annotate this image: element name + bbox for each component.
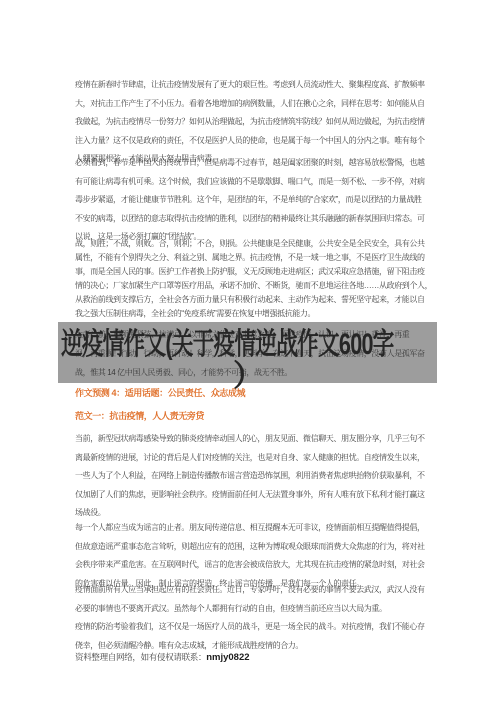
text-line: 必要的事情也不要离开武汉。虽然每个人都拥有行动的自由，但疫情当前还应当以大局为重… bbox=[75, 600, 431, 619]
paragraph-2: 必须看到，春节是中国人的传统节日，但是病毒不过春节，越是阖家团聚的时刻，越容易放… bbox=[75, 154, 431, 247]
text-line: 不安的病毒，以团结的意志取得抗击疫情的胜利，以团结的精神最终让其乐融融的新春氛围… bbox=[75, 210, 431, 229]
paragraph-8: 疫情的防治考验着我们，这不仅是一场医疗人员的战斗，更是一场全民的战斗。对抗疫情，… bbox=[75, 618, 431, 655]
paragraph-7: 疫情面前所有人应当承担起应有的社会责任。近日，专家呼吁，没有必要的事情不要去武汉… bbox=[75, 581, 431, 618]
text-line: 离最新疫情的进展，讨论的背后是人们对疫情的关注，也是对自身、家人健康的担忧。自疫… bbox=[75, 449, 431, 468]
text-line: 我做起，为抗击疫情尽一份努力？如何从治理做起，为抗击疫情筑牢防线？如何从周边做起… bbox=[75, 113, 431, 132]
text-line: 但故意造谣严重事态危言耸听，则超出应有的范围，这种为博取观众眼球而消费大众焦虑的… bbox=[75, 538, 431, 557]
source-attribution: 资料整理自网络，如有侵权请联系：nmjy0822 bbox=[75, 651, 435, 663]
text-line: 注入力量？这不仅是政府的责任，不仅是医护人员的使命，也是属于每一个中国人的分内之… bbox=[75, 132, 431, 151]
prediction-label: 作文预测 4：适用话题：公民责任、众志成城 bbox=[75, 386, 435, 399]
text-line: 大，对抗击工作产生了不小压力。看着各地增加的病例数量，人们在揪心之余，同样在思考… bbox=[75, 95, 431, 114]
text-line: 战，则胜；不战，则败。合，则利；不合，则损。公共健康是全民健康，公共安全是全民安… bbox=[75, 237, 431, 251]
text-line: 事，而是全国人民的事。医护工作者换上防护服，义无反顾地走进病区；武汉采取应急措施… bbox=[75, 265, 431, 279]
text-line: 必须看到，春节是中国人的传统节日，但是病毒不过春节，越是阖家团聚的时刻，越容易放… bbox=[75, 154, 431, 173]
text-line: 从救治前线到支撑后方，全社会各方面力量只有积极行动起来、主动作为起来、誓死坚守起… bbox=[75, 293, 431, 307]
text-line: 仅加剧了人们的焦虑，更影响社会秩序。疫情面前任何人无法置身事外，所有人唯有放下私… bbox=[75, 486, 431, 505]
contact-id: nmjy0822 bbox=[206, 652, 249, 663]
text-line: 每一个人都应当成为谣言的止者。朋友间传递信息、相互提醒本无可非议，疫情面前相互提… bbox=[75, 519, 431, 538]
text-line: 一些人为了个人利益，在网络上制造传播散布谣言营造恐怖氛围，利用消费者焦虑哄抬物价… bbox=[75, 467, 431, 486]
text-line: 会秩序带来严重危害。在互联网时代，谣言的危害会被成倍放大，尤其现在抗击疫情的紧急… bbox=[75, 556, 431, 575]
attribution-text: 资料整理自网络，如有侵权请联系： bbox=[75, 652, 206, 662]
text-line: 有可能让病毒有机可乘。这个时候，我们应该做的不是歇歇脚、喘口气，而是一刻不松、一… bbox=[75, 173, 431, 192]
text-line: 毒步步紧逼，才能让健康节节胜利。这个年，是团结的年，不是单纯的“合家欢”，而是以… bbox=[75, 191, 431, 210]
title-banner: 大考当前，更须绷紧弦、拉满弓，以非常之役应对非常之疫。面对疫情，认识，再认识！重… bbox=[58, 322, 437, 383]
paragraph-3: 战，则胜；不战，则败。合，则利；不合，则损。公共健康是全民健康，公共安全是全民安… bbox=[75, 237, 431, 321]
document-page: 疫情在新春时节肆虐，让抗击疫情发展有了更大的艰巨性。考虑到人员流动性大、聚集程度… bbox=[0, 0, 500, 706]
essay-heading: 范文一：抗击疫情，人人责无旁贷 bbox=[75, 409, 435, 422]
text-line: 属性，不能有个别得失之分、利益之别、属地之界。抗击疫情，不是一域一地之事，不是医… bbox=[75, 251, 431, 265]
text-line: 疫情的防治考验着我们，这不仅是一场医疗人员的战斗，更是一场全民的战斗。对抗疫情，… bbox=[75, 618, 431, 637]
paragraph-5: 当前，新型冠状病毒感染导致的肺炎疫情牵动国人的心，朋友见面、微信聊天、朋友圈分享… bbox=[75, 430, 431, 523]
text-line: 当前，新型冠状病毒感染导致的肺炎疫情牵动国人的心，朋友见面、微信聊天、朋友圈分享… bbox=[75, 430, 431, 449]
text-line: 情的决心；厂家加紧生产口罩等医疗用品，承诺不加价、不断货，驰而不息地运往各地……… bbox=[75, 279, 431, 293]
text-line: 疫情面前所有人应当承担起应有的社会责任。近日，专家呼吁，没有必要的事情不要去武汉… bbox=[75, 581, 431, 600]
text-line: 疫情在新春时节肆虐，让抗击疫情发展有了更大的艰巨性。考虑到人员流动性大、聚集程度… bbox=[75, 76, 431, 95]
